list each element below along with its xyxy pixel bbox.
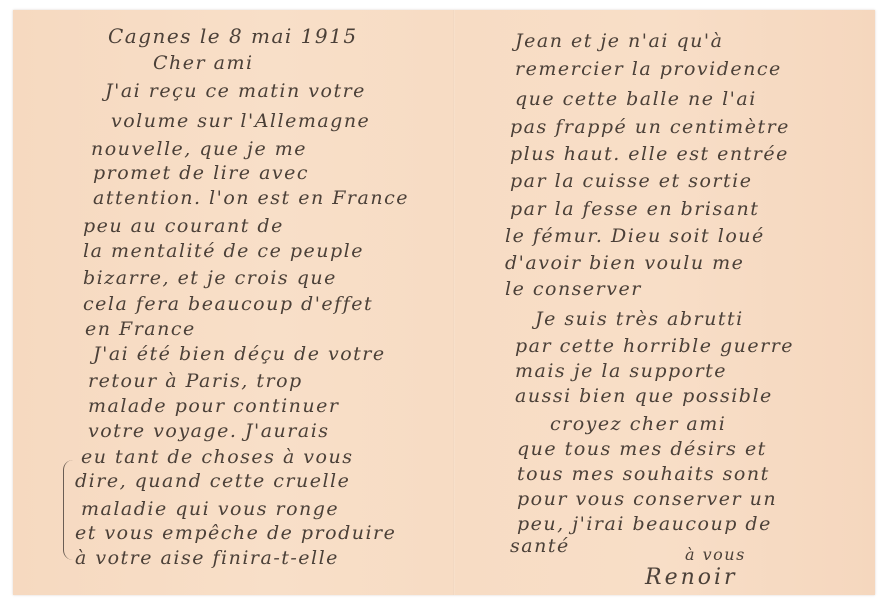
right-line: par la cuisse et sortie — [510, 170, 752, 192]
right-line: tous mes souhaits sont — [517, 463, 770, 485]
right-line: pour vous conserver un — [517, 488, 777, 510]
left-line: attention. l'on est en France — [93, 187, 409, 209]
left-line: malade pour continuer — [88, 395, 339, 417]
left-line: la mentalité de ce peuple — [83, 240, 364, 262]
left-line: et vous empêche de produire — [75, 522, 396, 544]
right-line: pas frappé un centimètre — [510, 116, 790, 138]
right-page: Jean et je n'ai qu'à remercier la provid… — [455, 10, 875, 595]
right-line: Jean et je n'ai qu'à — [515, 30, 723, 52]
right-line: que tous mes désirs et — [517, 438, 767, 460]
right-line: santé — [510, 535, 570, 557]
right-line: d'avoir bien voulu me — [505, 252, 744, 274]
right-line: mais je la supporte — [515, 360, 727, 382]
right-line: croyez cher ami — [550, 413, 726, 435]
left-line: cela fera beaucoup d'effet — [83, 293, 373, 315]
right-line: le fémur. Dieu soit loué — [505, 225, 765, 247]
left-line: maladie qui vous ronge — [81, 498, 339, 520]
margin-bracket — [63, 460, 74, 560]
right-line: par la fesse en brisant — [510, 198, 759, 220]
left-line: bizarre, et je crois que — [83, 267, 337, 289]
right-line: remercier la providence — [515, 58, 782, 80]
right-line: Je suis très abrutti — [535, 308, 744, 330]
left-page: Cagnes le 8 mai 1915 Cher ami J'ai reçu … — [13, 10, 453, 595]
signature: Renoir — [645, 565, 738, 590]
left-line: J'ai été bien déçu de votre — [93, 343, 386, 365]
right-line: par cette horrible guerre — [515, 335, 794, 357]
right-line: plus haut. elle est entrée — [510, 143, 789, 165]
salutation: Cher ami — [153, 52, 254, 74]
letter-heading: Cagnes le 8 mai 1915 — [108, 24, 358, 48]
right-line: peu, j'irai beaucoup de — [517, 513, 772, 535]
left-line: dire, quand cette cruelle — [75, 470, 350, 492]
right-line: le conserver — [505, 278, 642, 300]
left-line: retour à Paris, trop — [88, 370, 303, 392]
left-line: votre voyage. J'aurais — [88, 420, 330, 442]
left-line: volume sur l'Allemagne — [111, 110, 370, 132]
closing: à vous — [685, 545, 746, 564]
letter-sheet: Cagnes le 8 mai 1915 Cher ami J'ai reçu … — [13, 10, 875, 595]
left-line: J'ai reçu ce matin votre — [105, 80, 366, 102]
right-line: que cette balle ne l'ai — [515, 88, 757, 110]
right-line: aussi bien que possible — [515, 385, 773, 407]
left-line: en France — [85, 318, 196, 340]
left-line: promet de lire avec — [93, 162, 309, 184]
left-line: à votre aise finira-t-elle — [75, 547, 339, 569]
left-line: peu au courant de — [83, 215, 284, 237]
left-line: nouvelle, que je me — [91, 138, 307, 160]
left-line: eu tant de choses à vous — [81, 446, 353, 468]
